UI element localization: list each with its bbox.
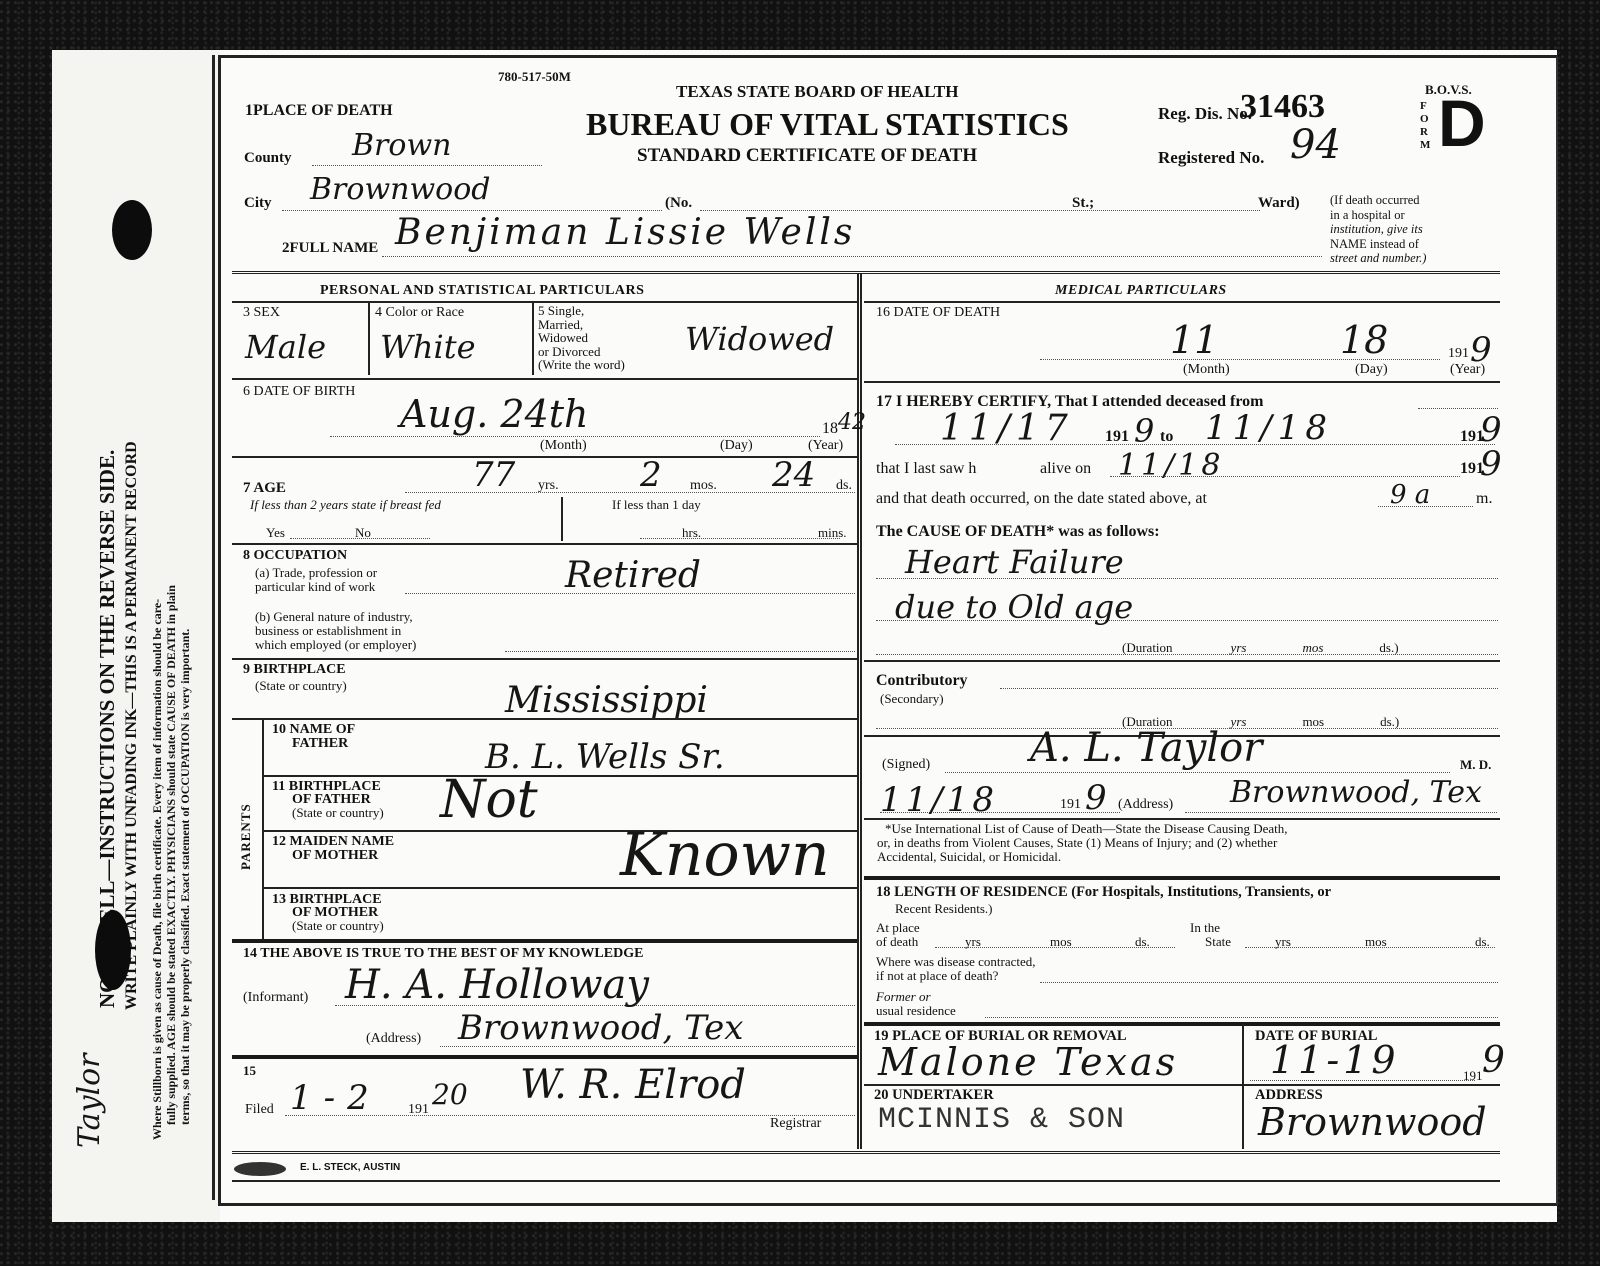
full-name-label: 2FULL NAME: [282, 240, 378, 257]
of-death-label: of death: [876, 934, 918, 950]
ward-label: Ward): [1258, 195, 1300, 212]
filed-date: 1-2: [290, 1078, 381, 1118]
father-birthplace-value: Not: [440, 770, 538, 830]
m-label: m.: [1476, 490, 1492, 508]
city-value: Brownwood: [310, 172, 490, 207]
age-ds-label: ds.: [836, 478, 852, 494]
occupation-label: 8 OCCUPATION: [243, 548, 347, 564]
registrar-label: Registrar: [770, 1116, 821, 1132]
to-label: to: [1160, 428, 1173, 446]
filed-year-prefix: 191: [408, 1102, 429, 1118]
birthplace-label: 9 BIRTHPLACE: [243, 662, 346, 678]
dod-year-label: (Year): [1450, 362, 1485, 378]
former-residence-label: Former or usual residence: [876, 990, 956, 1018]
dod-month-label: (Month): [1183, 362, 1230, 378]
dod-day: 18: [1340, 318, 1388, 362]
undertaker-value: MCINNIS & SON: [878, 1103, 1125, 1137]
father-birthplace-label: 11 BIRTHPLACE OF FATHER (State or countr…: [272, 780, 384, 819]
less-day-note: If less than 1 day: [612, 497, 701, 513]
age-yrs-label: yrs.: [538, 478, 559, 494]
last-saw-year: 9: [1480, 444, 1502, 484]
md-label: M. D.: [1460, 757, 1491, 773]
undertaker-address-value: Brownwood: [1258, 1100, 1487, 1144]
mother-birthplace-label: 13 BIRTHPLACE OF MOTHER (State or countr…: [272, 893, 384, 932]
birthplace-value: Mississippi: [505, 680, 708, 721]
alive-on-label: alive on: [1040, 460, 1091, 478]
attended-from: 11/17: [940, 408, 1074, 449]
informant-label: (Informant): [243, 990, 308, 1006]
marital-label: 5 Single, Married, Widowed or Divorced (…: [538, 304, 625, 372]
dob-year-prefix: 18: [822, 420, 838, 438]
printer-label: E. L. STECK, AUSTIN: [300, 1162, 400, 1173]
dob-year: 42: [838, 410, 866, 435]
informant-address-value: Brownwood, Tex: [458, 1008, 743, 1048]
street-no-label: (No.: [665, 195, 692, 212]
county-line: [312, 165, 542, 166]
union-label-icon: [234, 1162, 286, 1176]
occupation-value: Retired: [565, 555, 701, 596]
burial-place-value: Malone Texas: [878, 1040, 1178, 1084]
dob-month-label: (Month): [540, 438, 587, 454]
death-occurred-label: and that death occurred, on the date sta…: [876, 490, 1207, 508]
breastfed-note: If less than 2 years state if breast fed: [250, 497, 441, 513]
registrar-signature: W. R. Elrod: [520, 1062, 746, 1108]
ink-blot-bottom: [95, 910, 131, 990]
form-label: FORM: [1420, 100, 1430, 152]
residence-mos-2: mos: [1365, 934, 1387, 950]
place-of-death-label: 1PLACE OF DEATH: [245, 102, 393, 120]
occ-a-label: (a) Trade, profession or particular kind…: [255, 566, 377, 594]
filed-number: 15: [243, 1063, 256, 1079]
dod-label: 16 DATE OF DEATH: [876, 305, 1000, 321]
physician-signature: A. L. Taylor: [1030, 725, 1262, 771]
center-divider: [857, 274, 862, 1149]
medical-section-title: MEDICAL PARTICULARS: [1055, 283, 1227, 299]
race-value: White: [380, 328, 476, 366]
certificate-title: STANDARD CERTIFICATE OF DEATH: [637, 145, 977, 167]
dod-day-label: (Day): [1355, 362, 1388, 378]
street-no-line: [700, 210, 1260, 211]
sex-label: 3 SEX: [243, 305, 280, 321]
instructions-line-2: fully supplied. AGE should be stated EXA…: [164, 585, 179, 1125]
age-days: 24: [772, 455, 815, 495]
dod-month: 11: [1170, 318, 1218, 362]
age-mos-label: mos.: [690, 478, 717, 494]
mins-label: mins.: [818, 525, 847, 541]
informant-address-label: (Address): [366, 1031, 421, 1047]
cause-footnote: *Use International List of Cause of Deat…: [877, 822, 1288, 864]
residence-ds-1: ds.: [1135, 934, 1150, 950]
residence-yrs-2: yrs: [1275, 934, 1291, 950]
instructions-line-1: Where Stillborn is given as cause of Dea…: [150, 599, 165, 1140]
attended-from-year-prefix: 191: [1105, 428, 1129, 446]
contributory-label: Contributory: [876, 672, 968, 690]
informant-section-label: 14 THE ABOVE IS TRUE TO THE BEST OF MY K…: [243, 946, 643, 962]
reg-dis-value: 31463: [1240, 88, 1325, 126]
occ-b-label: (b) General nature of industry, business…: [255, 610, 416, 652]
county-value: Brown: [352, 128, 451, 163]
informant-value: H. A. Holloway: [345, 962, 649, 1008]
margin-signature: Taylor: [72, 1053, 107, 1148]
duration-label-1: (Durationyrsmosds.): [1122, 640, 1399, 656]
dob-day-label: (Day): [720, 438, 753, 454]
mother-value: Known: [620, 820, 830, 890]
filed-year: 20: [432, 1078, 468, 1111]
county-label: County: [244, 150, 292, 167]
signed-year: 9: [1085, 778, 1107, 818]
attended-from-year: 9: [1134, 412, 1154, 450]
city-line: [282, 210, 662, 211]
race-label: 4 Color or Race: [375, 305, 464, 321]
dod-year-prefix: 191: [1448, 346, 1469, 362]
reg-dis-label: Reg. Dis. No.: [1158, 104, 1252, 124]
ink-blot-top: [112, 200, 152, 260]
city-label: City: [244, 195, 272, 212]
residence-yrs-1: yrs: [965, 934, 981, 950]
state-label: State: [1205, 934, 1231, 950]
filed-label: Filed: [245, 1102, 274, 1118]
cause-label: The CAUSE OF DEATH* was as follows:: [876, 523, 1160, 541]
secondary-label: (Secondary): [880, 691, 944, 707]
hospital-note: (If death occurred in a hospital or inst…: [1330, 193, 1426, 266]
last-saw-date: 11/18: [1118, 448, 1224, 483]
father-name-label: 10 NAME OF FATHER: [272, 723, 355, 751]
residence-mos-1: mos: [1050, 934, 1072, 950]
burial-date-value: 11-19: [1270, 1038, 1400, 1082]
birthplace-sub: (State or country): [255, 678, 347, 694]
street-label: St.;: [1072, 195, 1094, 212]
personal-section-title: PERSONAL AND STATISTICAL PARTICULARS: [320, 283, 644, 299]
signed-label: (Signed): [882, 757, 930, 773]
where-contracted-label: Where was disease contracted, if not at …: [876, 955, 1036, 983]
full-name-line: [382, 256, 1322, 257]
age-months: 2: [640, 455, 662, 495]
attended-to: 11/18: [1205, 408, 1333, 448]
bureau-title: BUREAU OF VITAL STATISTICS: [586, 106, 1069, 143]
marital-value: Widowed: [685, 320, 834, 358]
age-years: 77: [472, 455, 515, 495]
last-saw-label: that I last saw h: [876, 460, 976, 478]
dob-value: Aug. 24th: [400, 392, 589, 436]
undertaker-label: 20 UNDERTAKER: [874, 1087, 994, 1104]
parents-label: PARENTS: [238, 803, 254, 870]
physician-address-value: Brownwood, Tex: [1230, 775, 1482, 810]
cause-line-1: Heart Failure: [905, 543, 1124, 581]
no-label: No: [355, 525, 371, 541]
age-label: 7 AGE: [243, 480, 286, 497]
margin-divider: [212, 55, 215, 1200]
burial-year-prefix: 191: [1463, 1068, 1483, 1084]
dob-label: 6 DATE OF BIRTH: [243, 384, 355, 400]
death-time: 9 a: [1390, 480, 1430, 510]
physician-address-label: (Address): [1118, 797, 1173, 813]
dob-year-label: (Year): [808, 438, 843, 454]
signed-year-prefix: 191: [1060, 797, 1081, 813]
hrs-label: hrs.: [682, 525, 701, 541]
form-code: 780-517-50M: [498, 69, 571, 85]
divider: [232, 271, 1500, 274]
full-name-value: Benjiman Lissie Wells: [395, 212, 855, 253]
sex-value: Male: [245, 328, 326, 366]
burial-year: 9: [1482, 1040, 1505, 1081]
form-letter: D: [1438, 88, 1486, 158]
instructions-line-3: terms, so that it may be properly classi…: [178, 629, 193, 1125]
cause-line-2: due to Old age: [895, 588, 1133, 626]
residence-label-2: Recent Residents.): [895, 901, 992, 917]
residence-label: 18 LENGTH OF RESIDENCE (For Hospitals, I…: [876, 884, 1331, 901]
registered-label: Registered No.: [1158, 148, 1264, 168]
signed-date: 11/18: [880, 780, 998, 820]
registered-value: 94: [1290, 122, 1341, 168]
mother-maiden-label: 12 MAIDEN NAME OF MOTHER: [272, 835, 394, 863]
board-title: TEXAS STATE BOARD OF HEALTH: [676, 82, 958, 102]
yes-label: Yes: [266, 525, 285, 541]
residence-ds-2: ds.: [1475, 934, 1490, 950]
